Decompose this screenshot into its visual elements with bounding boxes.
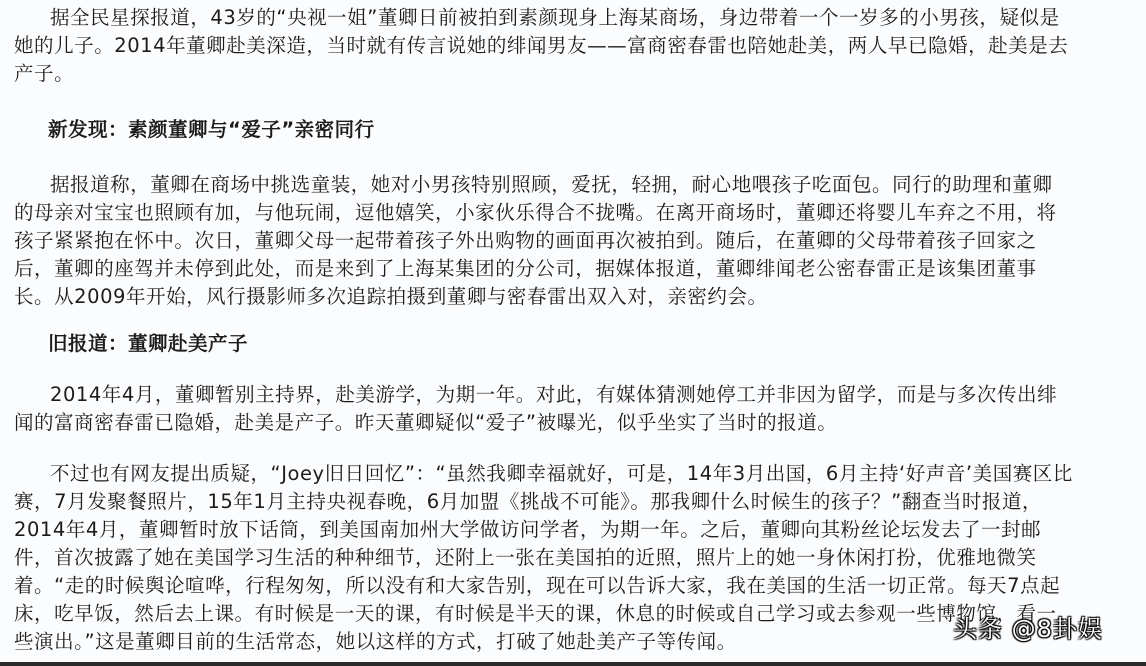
- text-line: 她的儿子。2014年董卿赴美深造，当时就有传言说她的绯闻男友——富商密春雷也陪她…: [14, 32, 1140, 60]
- text-line: 2014年4月，董卿暂别主持界，赴美游学，为期一年。对此，有媒体猜测她停工并非因…: [14, 381, 1140, 409]
- intro-paragraph: 据全民星探报道，43岁的“央视一姐”董卿日前被拍到素颜现身上海某商场，身边带着一…: [14, 4, 1140, 88]
- section-heading-new-discovery: 新发现：素颜董卿与“爱子”亲密同行: [48, 116, 375, 144]
- text-line: 产子。: [14, 60, 1140, 88]
- section1-paragraph: 据报道称，董卿在商场中挑选童装，她对小男孩特别照顾，爱抚，轻拥，耐心地喂孩子吃面…: [14, 171, 1140, 311]
- text-line: 赛，7月发聚餐照片，15年1月主持央视春晚，6月加盟《挑战不可能》。那我卿什么时…: [14, 488, 1140, 516]
- section2-paragraph-1: 2014年4月，董卿暂别主持界，赴美游学，为期一年。对此，有媒体猜测她停工并非因…: [14, 381, 1140, 437]
- watermark-toutiao: 头条 @8卦娱: [953, 614, 1103, 644]
- text-line: 据报道称，董卿在商场中挑选童装，她对小男孩特别照顾，爱抚，轻拥，耐心地喂孩子吃面…: [14, 171, 1140, 199]
- text-line: 孩子紧紧抱在怀中。次日，董卿父母一起带着孩子外出购物的画面再次被拍到。随后，在董…: [14, 227, 1140, 255]
- article-page: 据全民星探报道，43岁的“央视一姐”董卿日前被拍到素颜现身上海某商场，身边带着一…: [0, 0, 1146, 662]
- text-line: 着。“走的时候舆论喧哗，行程匆匆，所以没有和大家告别，现在可以告诉大家，我在美国…: [14, 572, 1140, 600]
- text-line: 闻的富商密春雷已隐婚，赴美是产子。昨天董卿疑似“爱子”被曝光，似乎坐实了当时的报…: [14, 409, 1140, 437]
- section-heading-old-report: 旧报道：董卿赴美产子: [48, 330, 248, 358]
- text-line: 后，董卿的座驾并未停到此处，而是来到了上海某集团的分公司，据媒体报道，董卿绯闻老…: [14, 255, 1140, 283]
- text-line: 件，首次披露了她在美国学习生活的种种细节，还附上一张在美国拍的近照，照片上的她一…: [14, 544, 1140, 572]
- text-line: 据全民星探报道，43岁的“央视一姐”董卿日前被拍到素颜现身上海某商场，身边带着一…: [14, 4, 1140, 32]
- text-line: 长。从2009年开始，风行摄影师多次追踪拍摄到董卿与密春雷出双入对，亲密约会。: [14, 283, 1140, 311]
- text-line: 的母亲对宝宝也照顾有加，与他玩闹，逗他嬉笑，小家伙乐得合不拢嘴。在离开商场时，董…: [14, 199, 1140, 227]
- text-line: 2014年4月，董卿暂时放下话筒，到美国南加州大学做访问学者，为期一年。之后，董…: [14, 516, 1140, 544]
- bottom-border: [0, 662, 1146, 666]
- text-line: 不过也有网友提出质疑，“Joey旧日回忆”：“虽然我卿幸福就好，可是，14年3月…: [14, 460, 1140, 488]
